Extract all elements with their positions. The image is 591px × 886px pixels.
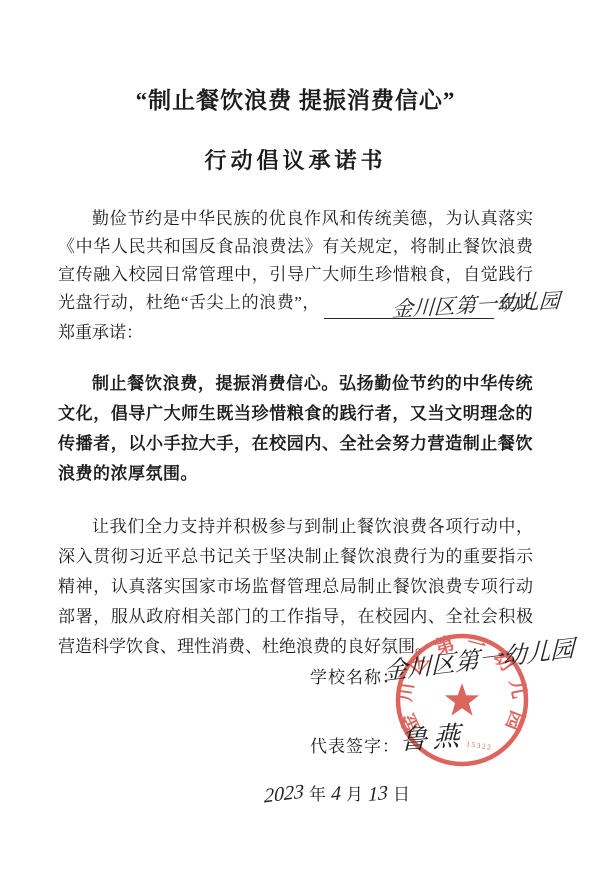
date-line: 2023 年 4 月 13 日 (262, 780, 413, 806)
year-unit: 年 (309, 780, 326, 805)
paragraph-intro: 勤俭节约是中华民族的优良作风和传统美德，为认真落实《中华人民共和国反食品浪费法》… (58, 205, 533, 347)
paragraph-commitment: 制止餐饮浪费，提振消费信心。弘扬勤俭节约的中华传统文化，倡导广大师生既当珍惜粮食… (58, 369, 533, 489)
document-body: 勤俭节约是中华民族的优良作风和传统美德，为认真落实《中华人民共和国反食品浪费法》… (58, 205, 533, 662)
representative-signature-label: 代表签字： (310, 732, 400, 757)
star-icon (445, 683, 479, 716)
handwritten-school-name-inline: 金川区第一幼儿园 (357, 287, 560, 326)
school-name-blank-line: 金川区第一幼儿园 (324, 292, 494, 319)
handwritten-year: 2023 (264, 780, 304, 808)
month-unit: 月 (346, 780, 363, 805)
handwritten-month: 4 (331, 782, 341, 806)
document-title-line2: 行动倡议承诺书 (0, 144, 591, 175)
handwritten-representative-signature: 鲁燕 (400, 714, 467, 758)
handwritten-day: 13 (368, 782, 388, 808)
seal-code: 15322 (466, 739, 493, 752)
document-title-line1: “制止餐饮浪费 提振消费信心” (0, 0, 591, 115)
commitment-letter-page: “制止餐饮浪费 提振消费信心” 行动倡议承诺书 勤俭节约是中华民族的优良作风和传… (0, 0, 591, 886)
day-unit: 日 (393, 780, 410, 805)
